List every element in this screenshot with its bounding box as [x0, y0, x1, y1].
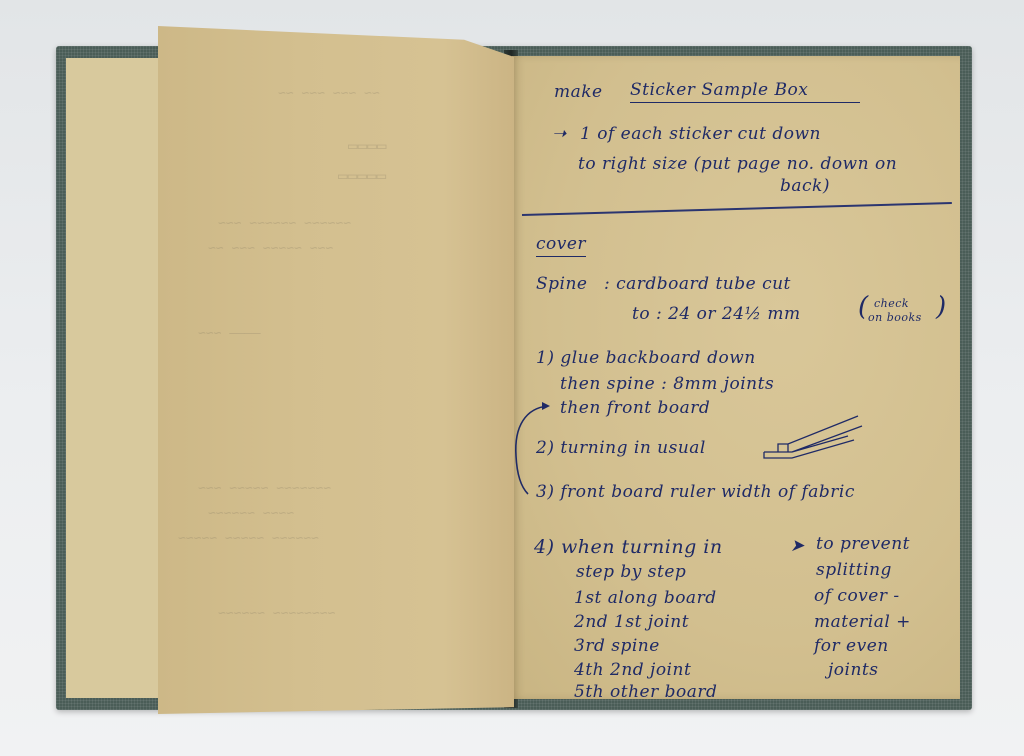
note-line: to : 24 or 24½ mm	[632, 304, 801, 324]
arrow-icon: ➝	[552, 124, 567, 144]
show-through-text: ~~~~ ~~~~~~	[208, 506, 294, 521]
note-line: : cardboard tube cut	[604, 274, 791, 294]
note-line: back)	[780, 176, 830, 196]
note-small: check	[874, 298, 909, 310]
heading-cover: cover	[536, 234, 586, 257]
paren-close: )	[936, 292, 947, 322]
note-small: on books	[868, 312, 922, 324]
reason-line: to prevent	[816, 534, 910, 554]
show-through-text: ▭▭▭▭	[348, 136, 387, 155]
section-divider	[522, 202, 952, 216]
reason-line: splitting	[816, 560, 892, 580]
show-through-text: ▭▭▭▭▭	[338, 166, 386, 185]
turned-flyleaf: ~~ ~~~ ~~~ ~~ ▭▭▭▭ ▭▭▭▭▭ ~~~~~~ ~~~~~~ ~…	[158, 26, 514, 714]
heading-sticker-sample-box: Sticker Sample Box	[630, 80, 860, 103]
show-through-text: ~~~~~~ ~~~~~ ~~~~~	[178, 531, 319, 546]
order-item: 5th other board	[574, 682, 717, 702]
show-through-text: ~~~ ~~~~~ ~~~ ~~	[208, 241, 333, 256]
reason-line: material +	[814, 612, 911, 632]
show-through-text: ~~~~~~ ~~~~~~ ~~~	[218, 216, 351, 231]
order-item: 4th 2nd joint	[574, 660, 691, 680]
show-through-text: ~~ ~~~ ~~~ ~~	[278, 86, 380, 101]
spine-label: Spine	[536, 274, 587, 294]
order-item: 2nd 1st joint	[574, 612, 689, 632]
heading-prefix: make	[554, 82, 603, 102]
show-through-text: ~~~~~~~ ~~~~~ ~~~	[198, 481, 331, 496]
step-line: then front board	[560, 398, 710, 418]
show-through-text: ———— ~~~	[198, 326, 261, 341]
step-line: 1) glue backboard down	[536, 348, 756, 368]
order-item: 3rd spine	[574, 636, 660, 656]
board-cross-section-sketch-icon	[758, 414, 868, 464]
show-through-text: ~~~~~~~~ ~~~~~~	[218, 606, 335, 621]
step4-subtitle: step by step	[576, 562, 686, 582]
arrow-icon: ➤	[790, 536, 805, 556]
curved-arrow-icon	[512, 396, 562, 506]
note-line: 1 of each sticker cut down	[580, 124, 821, 144]
order-item: 1st along board	[574, 588, 717, 608]
step-line: 3) front board ruler width of fabric	[536, 482, 855, 502]
step-line: then spine : 8mm joints	[560, 374, 774, 394]
right-page: make Sticker Sample Box ➝ 1 of each stic…	[512, 56, 960, 699]
note-line: to right size (put page no. down on	[578, 154, 897, 174]
reason-line: joints	[828, 660, 878, 680]
step4-title: 4) when turning in	[534, 536, 723, 558]
reason-line: of cover -	[814, 586, 900, 606]
reason-line: for even	[814, 636, 889, 656]
